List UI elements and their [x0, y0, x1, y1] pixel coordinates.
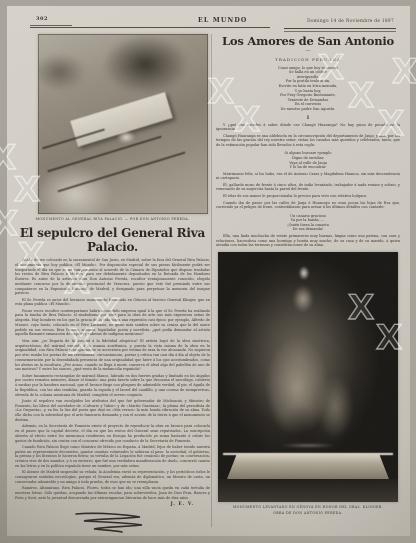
opening-verse: Cuasi amigo, lo que hoy te cuentoSe hall…	[216, 66, 400, 112]
right-article-subtitle: TRADICIÓN PERUANA	[216, 57, 400, 62]
left-column: MONUMENTO AL GENERAL RIVA PALACIO. — POR…	[15, 34, 210, 535]
page-number: 302	[36, 16, 48, 22]
header-rule-right-thin	[284, 31, 396, 32]
header-rule-right	[284, 28, 396, 29]
signature-flourish	[70, 511, 156, 535]
paragraph: El telar de sus manos le proporcionaba l…	[216, 194, 400, 199]
right-photo-caption-line1: MONUMENTO LEVANTADO EN GÉNOVA EN HONOR D…	[216, 505, 400, 511]
header-rule-short	[30, 25, 72, 26]
right-article-body-mid: Matrimonio feliz, si los hubo, era el de…	[216, 172, 400, 210]
paragraph: Junto al sepulcro van esculpidos los atr…	[15, 399, 210, 423]
paragraph: El Ateneo de Madrid suspendió su velada;…	[15, 470, 210, 484]
paragraph: Mas aún: ¿se llegaría de la bondad á la …	[15, 339, 210, 372]
verse-line: Y lo ha de encontrar.	[216, 165, 400, 170]
paragraph: El Sr. Pereda es autor del hermoso monum…	[15, 298, 210, 308]
right-article-body-end: Ella, una linda muchacha de veinte prima…	[216, 234, 400, 248]
paragraph: Pocas veces escultor contemporáneo habrá…	[15, 309, 210, 338]
paragraph: Él, gallardo mozo de frente á cinco alto…	[216, 183, 400, 192]
paragraph: Acaba de ser colocado en la sacramental …	[15, 258, 210, 296]
paragraph: Y ¿qué van ustedes á saber dónde cae Cha…	[216, 123, 400, 132]
left-article-headline: El sepulcro del General Riva Palacio.	[15, 226, 210, 254]
right-article-title: Los Amores de San Antonio	[216, 34, 400, 48]
section-numeral: I	[216, 116, 400, 121]
masthead: EL MUNDO	[198, 17, 247, 24]
paragraph: Cuando Riva Palacio llegó como Ministro …	[15, 445, 210, 469]
author-signature: J. E. V.	[15, 502, 194, 507]
verse-line: De nuestro padre San Agustín.	[216, 107, 400, 112]
left-photo-caption: MONUMENTO AL GENERAL RIVA PALACIO. — POR…	[15, 217, 210, 221]
paragraph: Además, en la Secretaría de Fomento exis…	[15, 424, 210, 443]
column-divider-rule	[211, 34, 212, 527]
paragraph: Changó Huaranga es una aldehuela en la c…	[216, 134, 400, 148]
right-photo-caption: MONUMENTO LEVANTADO EN GÉNOVA EN HONOR D…	[216, 505, 400, 517]
halftone-grain	[218, 252, 398, 502]
right-column: Los Amores de San Antonio — TRADICIÓN PE…	[216, 34, 400, 517]
riva-palacio-monument-photo	[38, 34, 208, 214]
title-divider: —	[216, 49, 400, 54]
verse-line: De esa demanda!	[216, 227, 400, 232]
newspaper-scan: 302 EL MUNDO Domingo 14 de Noviembre de …	[0, 0, 416, 543]
paragraph: Matrimonio feliz, si los hubo, era el de…	[216, 172, 400, 181]
paragraph: Ramírez, Altamirano, Riva Palacio, Flore…	[15, 486, 210, 500]
left-article-body: Acaba de ser colocado en la sacramental …	[15, 258, 210, 500]
paragraph: Cuando iba de paseo por las calles de Ja…	[216, 201, 400, 210]
copla-verse: Si alguno buscare ejemploDigno de envidi…	[216, 151, 400, 169]
right-article-body-intro: Y ¿qué van ustedes á saber dónde cae Cha…	[216, 123, 400, 148]
paragraph: Ella, una linda muchacha de veinte prima…	[216, 234, 400, 248]
header-rule	[30, 27, 270, 28]
canario-verse: Un canario graciosoVa por la banda......…	[216, 214, 400, 232]
halftone-grain	[38, 34, 208, 214]
right-photo-caption-line2: OBRA DE DON ANTONIO PEREDA.	[216, 511, 400, 517]
genova-statue-photo	[218, 252, 398, 502]
dateline: Domingo 14 de Noviembre de 1897	[307, 19, 394, 24]
paragraph: Sobre basamento rectangular de mármol bl…	[15, 374, 210, 398]
